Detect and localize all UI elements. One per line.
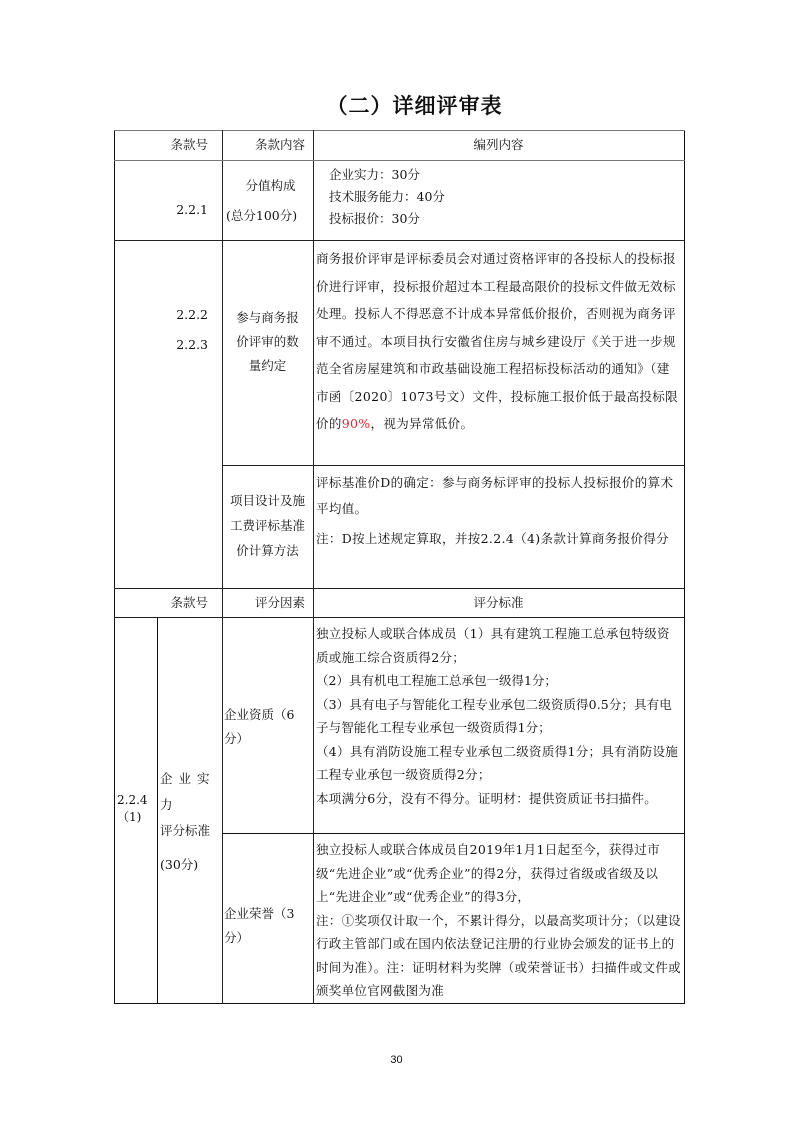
page-title: （二）详细评审表 — [0, 90, 793, 120]
row-divider-header — [114, 160, 685, 161]
col-divider-factor — [222, 617, 223, 1004]
clause-2-2-2-and-3: 2.2.2 2.2.3 — [114, 304, 222, 364]
header2-factor: 评分因素 — [222, 588, 313, 617]
content-business-quote-review: 参与商务报 价评审的数 量约定 — [222, 306, 313, 376]
category-enterprise-strength: 企 业 实 力 评分标准 (30分) — [158, 766, 222, 866]
detail-business-quote-review: 商务报价评审是评标委员会对通过资格评审的各投标人的投标报价进行评审，投标报价超过… — [313, 243, 684, 463]
header2-criteria: 评分标准 — [313, 588, 684, 617]
criteria-enterprise-honor: 独立投标人或联合体成员自2019年1月1日起至今，获得过市级“先进企业”或“优秀… — [313, 836, 684, 1002]
criteria-enterprise-qualification: 独立投标人或联合体成员（1）具有建筑工程施工总承包特级资质或施工综合资质得2分；… — [313, 620, 684, 832]
factor-enterprise-honor: 企业荣誉（3分） — [224, 902, 313, 962]
border-right — [684, 130, 685, 1004]
row-divider-2 — [222, 465, 685, 466]
highlight-90-percent: 90% — [342, 416, 371, 431]
content-score-structure: 分值构成 (总分100分) — [222, 174, 313, 234]
clause-2-2-1: 2.2.1 — [114, 200, 222, 224]
row-divider-header2 — [114, 617, 685, 618]
factor-enterprise-qualification: 企业资质（6分） — [224, 703, 313, 763]
header-detail: 编列内容 — [313, 130, 684, 160]
clause-2-2-4-1: 2.2.4（1) — [115, 792, 157, 832]
content-benchmark-price-method: 项目设计及施 工费评标基准 价计算方法 — [222, 488, 313, 568]
row-divider-4 — [222, 833, 685, 834]
row-divider-1 — [114, 240, 685, 241]
page-number: 30 — [0, 1054, 793, 1066]
border-left — [114, 130, 115, 1004]
header2-clause-no: 条款号 — [114, 588, 222, 617]
header-clause-content: 条款内容 — [222, 130, 313, 160]
border-bottom — [114, 1003, 685, 1004]
detail-benchmark-price-method: 评标基准价D的确定：参与商务标评审的投标人投标报价的算术平均值。 注：D按上述规… — [313, 468, 684, 586]
detail-score-structure: 企业实力：30分 技术服务能力：40分 投标报价：30分 — [329, 164, 679, 238]
header-clause-no: 条款号 — [114, 130, 222, 160]
